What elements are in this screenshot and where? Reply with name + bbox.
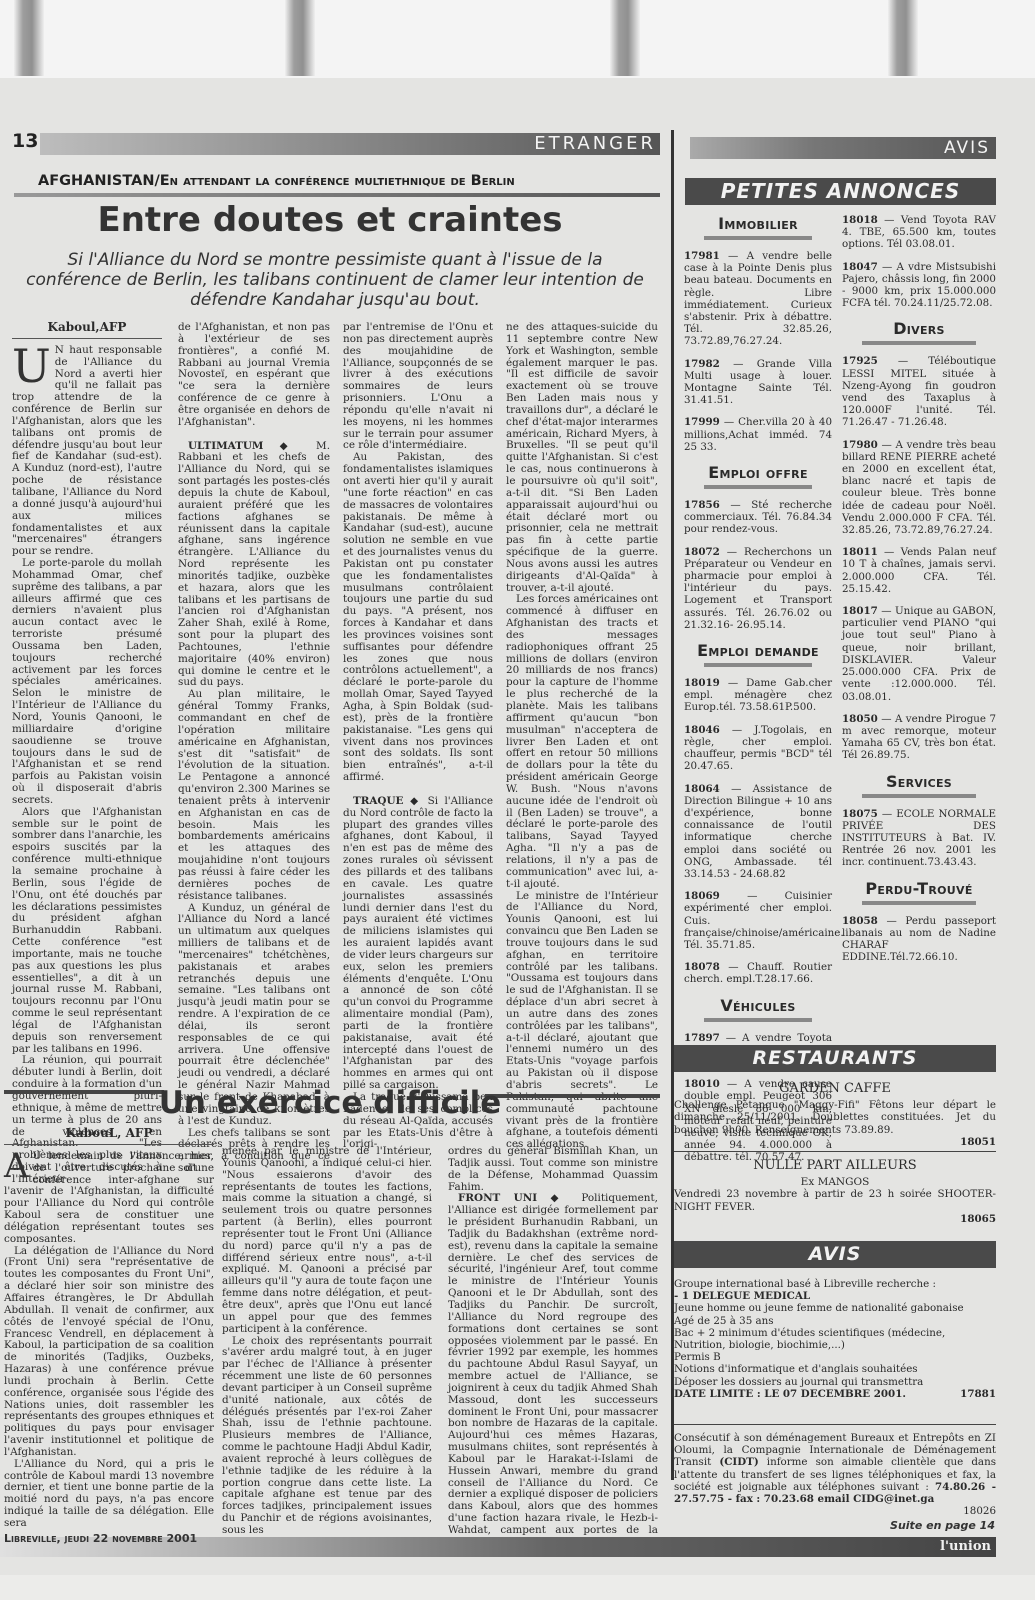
notice-line: Permis B	[674, 1351, 996, 1363]
notice-deadline-row: DATE LIMITE : LE 07 DECEMBRE 2001. 17881	[674, 1388, 996, 1400]
category-rule	[704, 1018, 812, 1022]
page-margin	[0, 1575, 1035, 1600]
article2-column-3: ordres du général Bismillah Khan, un Tad…	[448, 1146, 658, 1549]
byline: Kaboul,AFP	[12, 322, 162, 339]
classified-ad: 18064 — Assistance de Direction Bilingue…	[684, 783, 832, 881]
classified-ad: 18011 — Vends Palan neuf 10 T à chaînes,…	[842, 546, 996, 595]
restaurant-name: NULLE PART AILLEURS	[674, 1160, 996, 1172]
dropcap: A	[4, 1153, 29, 1179]
classified-ad: 18069 — Cuisinier expérimenté cher emplo…	[684, 890, 832, 951]
paragraph: Alors que l'Afghanistan semble sur le po…	[12, 807, 162, 1056]
notice-line: Jeune homme ou jeune femme de nationalit…	[674, 1302, 996, 1314]
moving-notice: Consécutif à son déménagement Bureaux et…	[674, 1432, 996, 1517]
kicker-rule	[14, 193, 660, 197]
section-label: ETRANGER	[534, 133, 656, 155]
paragraph: par l'entremise de l'Onu et non pas dire…	[343, 322, 493, 452]
notice-line: Groupe international basé à Libreville r…	[674, 1278, 996, 1290]
subhead-front-uni: FRONT UNI ◆	[458, 1192, 568, 1204]
page-number: 13	[12, 130, 38, 152]
paragraph: AU lendemain de l'annonce, hier, de l'ou…	[4, 1151, 214, 1246]
article2-column-1: KabouL, AFP AU lendemain de l'annonce, h…	[4, 1128, 214, 1530]
category-vehicules: Véhicules	[684, 996, 832, 1015]
avis-banner: AVIS	[674, 1241, 996, 1268]
continued-label: Suite en page 14	[890, 1519, 995, 1532]
notice-line: Agé de 25 à 35 ans	[674, 1315, 996, 1327]
ad-ref: 18065	[674, 1213, 996, 1225]
article1-column-1: Kaboul,AFP UN haut responsable de l'Alli…	[12, 322, 162, 1186]
restaurant-name: GARDEN CAFFE	[674, 1083, 996, 1095]
scan-shadow	[610, 0, 640, 76]
paragraph: ordres du général Bismillah Khan, un Tad…	[448, 1146, 658, 1193]
scan-shadow	[285, 0, 315, 76]
scanner-margin	[0, 0, 1035, 78]
byline: KabouL, AFP	[4, 1128, 214, 1145]
restaurant-notice: NULLE PART AILLEURS Ex MANGOS Vendredi 2…	[674, 1160, 996, 1225]
article-headline: Un exercice difficile	[0, 1085, 660, 1121]
paragraph: Au Pakistan, des fondamentalistes islami…	[343, 452, 493, 784]
category-services: Services	[842, 772, 996, 791]
classified-ad: 18058 — Perdu passeport libanais au nom …	[842, 915, 996, 964]
category-rule	[862, 901, 976, 905]
restaurants-banner: RESTAURANTS	[674, 1045, 996, 1072]
paragraph: ULTIMATUM ◆ M. Rabbani et les chefs de l…	[178, 441, 330, 690]
section-label: AVIS	[944, 137, 990, 159]
paragraph: menée par le ministre de l'Intérieur, Yo…	[222, 1146, 432, 1336]
subhead-traque: TRAQUE ◆	[353, 795, 421, 807]
classified-ad: 18047 — A vdre Mistsubishi Pajero, châss…	[842, 261, 996, 310]
ad-ref: 18051	[674, 1136, 996, 1148]
dateline: Libreville, jeudi 22 novembre 2001	[4, 1532, 197, 1545]
section-bar-avis: AVIS	[690, 137, 996, 159]
paragraph: de l'Afghanistan, et non pas à l'extérie…	[178, 322, 330, 429]
category-rule	[862, 794, 976, 798]
classifieds-column-2: 18018 — Vend Toyota RAV 4. TBE, 65.500 k…	[842, 214, 996, 973]
classified-ad: 18017 — Unique au GABON, particulier ven…	[842, 605, 996, 703]
paragraph: L'Alliance du Nord, qui a pris le contrô…	[4, 1459, 214, 1530]
separator-rule	[674, 1151, 996, 1152]
scan-shadow	[14, 0, 44, 76]
separator-rule	[674, 1424, 996, 1425]
scan-shadow	[888, 0, 918, 76]
paragraph: Les forces américaines ont commencé à di…	[506, 594, 658, 890]
article2-column-2: menée par le ministre de l'Intérieur, Yo…	[222, 1146, 432, 1537]
article-kicker: AFGHANISTAN/En attendant la conférence m…	[38, 173, 648, 189]
category-rule	[704, 485, 812, 489]
category-emploi-offre: Emploi offre	[684, 463, 832, 482]
paragraph: Le choix des représentants pourrait s'av…	[222, 1336, 432, 1537]
classified-ad: 17856 — Sté recherche commerciaux. Tél. …	[684, 499, 832, 536]
section-bar-etranger: ETRANGER	[40, 133, 660, 155]
paragraph: La délégation de l'Alliance du Nord (Fro…	[4, 1246, 214, 1459]
classified-ad: 17982 — Grande Villa Multi usage à louer…	[684, 358, 832, 407]
classified-ad: 18072 — Recherchons un Préparateur ou Ve…	[684, 546, 832, 631]
deadline: DATE LIMITE : LE 07 DECEMBRE 2001.	[674, 1388, 906, 1400]
article1-column-3: par l'entremise de l'Onu et non pas dire…	[343, 322, 493, 1151]
notice-body: Consécutif à son déménagement Bureaux et…	[674, 1432, 996, 1505]
category-perdu-trouve: Perdu-Trouvé	[842, 879, 996, 898]
paragraph: Le porte-parole du mollah Mohammad Omar,…	[12, 558, 162, 807]
petites-annonces-banner: PETITES ANNONCES	[685, 178, 996, 205]
paragraph: UN haut responsable de l'Alliance du Nor…	[12, 345, 162, 558]
notice-line: - 1 DELEGUE MEDICAL	[674, 1290, 996, 1302]
restaurant-subtitle: Ex MANGOS	[674, 1176, 996, 1188]
paragraph: TRAQUE ◆ Si l'Alliance du Nord contrôle …	[343, 796, 493, 1092]
ad-ref: 18026	[674, 1505, 996, 1517]
notice-line: Bac + 2 minimum d'études scientifiques (…	[674, 1327, 996, 1351]
classified-ad: 17999 — Cher.villa 20 à 40 millions,Acha…	[684, 416, 832, 453]
article-deck: Si l'Alliance du Nord se montre pessimis…	[20, 250, 650, 310]
subhead-ultimatum: ULTIMATUM ◆	[188, 440, 300, 452]
notice-line: Notions d'informatique et d'anglais souh…	[674, 1363, 996, 1375]
classified-ad: 18019 — Dame Gab.cher empl. ménagère che…	[684, 677, 832, 714]
dropcap: U	[12, 347, 51, 385]
ad-ref: 17881	[960, 1388, 996, 1400]
restaurant-body: Challenge Pétanque "Maggy-Fifi" Fêtons l…	[674, 1099, 996, 1136]
masthead-logo: l'union	[940, 1539, 991, 1554]
article1-column-2: de l'Afghanistan, et non pas à l'extérie…	[178, 322, 330, 1175]
classified-ad: 18075 — ECOLE NORMALE PRIVÉE DES INSTITU…	[842, 808, 996, 869]
classified-ad: 18078 — Chauff. Routier cherch. empl.T.2…	[684, 961, 832, 985]
classified-ad: 17925 — Téléboutique LESSI MITEL située …	[842, 355, 996, 428]
paragraph: FRONT UNI ◆ Politiquement, l'Alliance es…	[448, 1193, 658, 1548]
job-notice: Groupe international basé à Libreville r…	[674, 1278, 996, 1400]
classified-ad: 18050 — A vendre Pirogue 7 m avec remorq…	[842, 713, 996, 762]
category-divers: Divers	[842, 319, 996, 338]
category-rule	[704, 236, 812, 240]
paragraph: Au plan militaire, le général Tommy Fran…	[178, 689, 330, 902]
restaurant-notice: GARDEN CAFFE Challenge Pétanque "Maggy-F…	[674, 1083, 996, 1148]
classified-ad: 17981 — A vendre belle case à la Pointe …	[684, 250, 832, 348]
category-rule	[862, 341, 976, 345]
restaurant-body: Vendredi 23 novembre à partir de 23 h so…	[674, 1188, 996, 1212]
category-emploi-demande: Emploi demande	[684, 641, 832, 660]
category-immobilier: Immobilier	[684, 214, 832, 233]
classified-ad: 18018 — Vend Toyota RAV 4. TBE, 65.500 k…	[842, 214, 996, 251]
classifieds-column-1: Immobilier 17981 — A vendre belle case à…	[684, 214, 832, 1174]
category-rule	[704, 663, 812, 667]
classified-ad: 18046 — J.Togolais, en règle, cher emplo…	[684, 724, 832, 773]
article-headline: Entre doutes et craintes	[0, 200, 660, 240]
article1-column-4: ne des attaques-suicide du 11 septembre …	[506, 322, 658, 1151]
classified-ad: 17980 — A vendre très beau billard RENE …	[842, 439, 996, 537]
notice-line: Déposer les dossiers au journal qui tran…	[674, 1376, 996, 1388]
paragraph: ne des attaques-suicide du 11 septembre …	[506, 322, 658, 594]
